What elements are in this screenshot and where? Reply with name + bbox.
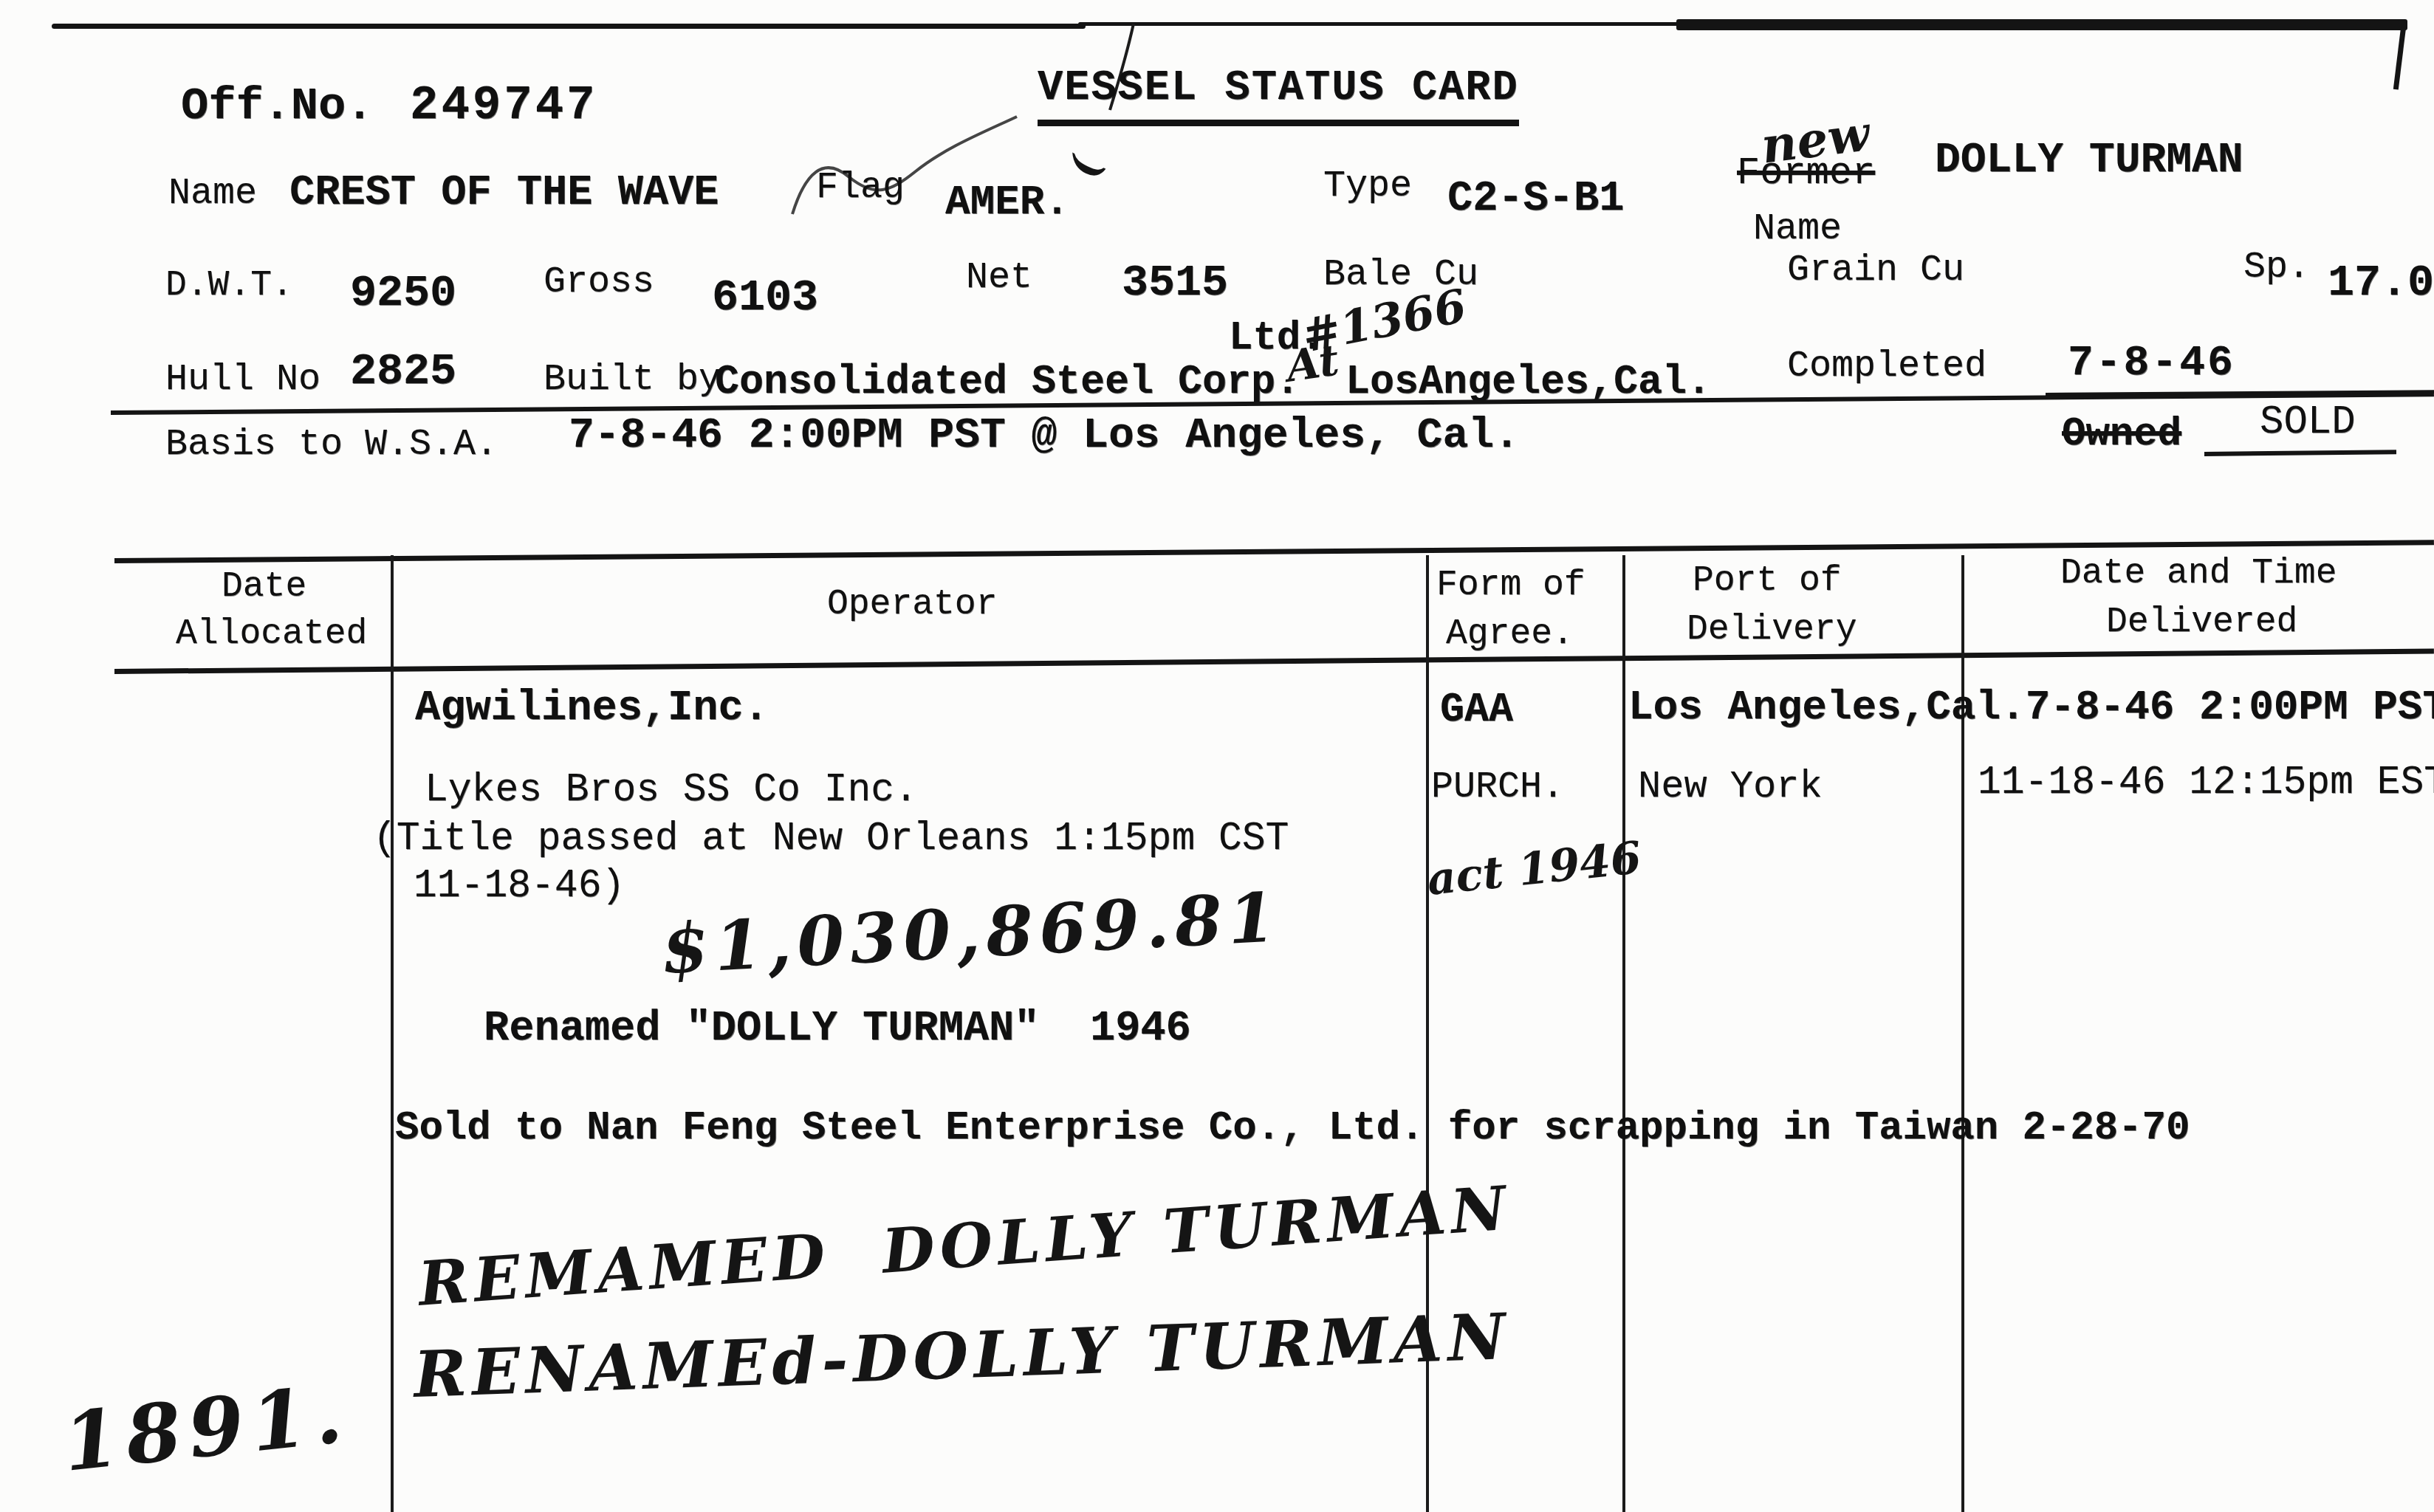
net-label: Net — [966, 257, 1032, 299]
at-handwritten: At — [1283, 334, 1343, 391]
built-by-label: Built by — [544, 359, 721, 401]
row2-port-of-delivery: New York — [1638, 765, 1823, 808]
sp-value: 17.0 — [2328, 258, 2434, 309]
row2-operator-line2: (Title passed at New Orleans 1:15pm CST — [373, 817, 1289, 861]
row1-operator: Agwilines,Inc. — [415, 685, 769, 732]
net-value: 3515 — [1122, 258, 1228, 309]
sold-note: Sold to Nan Feng Steel Enterprise Co., L… — [395, 1106, 2190, 1151]
dwt-label: D.W.T. — [165, 266, 293, 306]
owned-value: SOLD — [2260, 400, 2356, 445]
former-label: Former — [1737, 151, 1875, 195]
renamed-handwritten-2: RENAMEd-DOLLY TURMAN — [413, 1299, 1512, 1412]
corner-number-handwritten: 1891. — [58, 1367, 353, 1490]
row2-form-of-agree: PURCH. — [1431, 766, 1564, 808]
dwt-value: 9250 — [350, 269, 456, 319]
row2-operator-line1: Lykes Bros SS Co Inc. — [425, 768, 918, 812]
sp-label: Sp. — [2243, 247, 2310, 289]
completed-value: 7-8-46 — [2068, 340, 2235, 388]
basis-label: Basis to W.S.A. — [165, 424, 498, 466]
table-divider-1 — [391, 555, 394, 1512]
header-port-of-delivery-line1: Port of — [1693, 561, 1842, 601]
page-title: VESSEL STATUS CARD — [1038, 65, 1519, 126]
flag-label: Flag — [816, 167, 905, 209]
header-date-allocated-line2: Allocated — [176, 614, 367, 654]
type-value: C2-S-B1 — [1447, 176, 1624, 223]
row2-form-annotation-handwritten: act 1946 — [1425, 832, 1644, 906]
completed-label: Completed — [1787, 346, 1986, 388]
flag-check-mark: ) — [1064, 153, 1114, 183]
scan-top-edge — [1078, 22, 1684, 26]
row1-form-of-agree: GAA — [1440, 687, 1513, 733]
grain-cu-label: Grain Cu — [1787, 250, 1964, 292]
header-form-of-agree-line1: Form of — [1436, 566, 1585, 605]
header-port-of-delivery-line2: Delivery — [1687, 610, 1857, 650]
renamed-note: Renamed "DOLLY TURMAN" 1946 — [484, 1006, 1191, 1053]
vessel-status-card: VESSEL STATUS CARD Off.No. 249747 new Fo… — [0, 0, 2434, 1512]
basis-value: 7-8-46 2:00PM PST @ Los Angeles, Cal. — [569, 412, 1520, 460]
gross-label: Gross — [544, 261, 654, 303]
former-name-label: Name — [1753, 208, 1842, 250]
header-form-of-agree-line2: Agree. — [1446, 614, 1574, 654]
owned-label: Owned — [2062, 412, 2181, 457]
vessel-name-value: CREST OF THE WAVE — [289, 170, 719, 217]
price-handwritten: $1,030,869.81 — [659, 877, 1283, 989]
built-by-value: Consolidated Steel Corp. — [715, 359, 1300, 405]
name-label: Name — [168, 173, 257, 215]
hull-no-label: Hull No — [165, 359, 320, 401]
scan-edge-tail — [2393, 27, 2406, 89]
header-date-time-delivered-line2: Delivered — [2106, 602, 2297, 642]
row2-operator-line3: 11-18-46) — [414, 864, 625, 908]
table-header-border — [114, 649, 2434, 674]
renamed-handwritten-1: REMAMED DOLLY TURMAN — [416, 1172, 1513, 1319]
row2-date-delivered: 11-18-46 12:15pm EST — [1978, 760, 2434, 805]
table-divider-3 — [1622, 555, 1625, 1512]
scan-top-edge — [52, 24, 1086, 29]
official-number-value: 249747 — [410, 80, 597, 133]
scan-top-edge — [1676, 19, 2407, 30]
sold-underline — [2204, 450, 2396, 456]
header-date-allocated-line1: Date — [222, 567, 306, 607]
type-label: Type — [1323, 165, 1412, 207]
gross-value: 6103 — [712, 273, 818, 323]
header-date-time-delivered-line1: Date and Time — [2060, 554, 2337, 594]
hull-no-value: 2825 — [350, 347, 456, 397]
official-number-label: Off.No. — [181, 80, 373, 132]
row1-port-and-delivered: Los Angeles,Cal.7-8-46 2:00PM PST — [1628, 684, 2434, 731]
flag-value: AMER. — [945, 179, 1069, 226]
header-operator: Operator — [827, 585, 997, 625]
former-name-value: DOLLY TURMAN — [1935, 137, 2243, 185]
